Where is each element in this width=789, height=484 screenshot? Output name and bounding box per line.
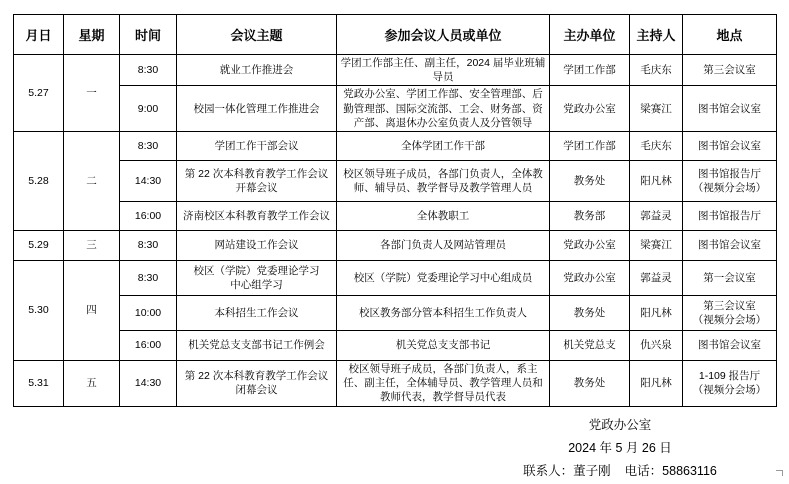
date-cell: 5.28 <box>14 131 64 230</box>
host-cell: 党政办公室 <box>550 230 630 260</box>
moderator-cell: 阳凡林 <box>630 360 683 406</box>
host-cell: 机关党总支 <box>550 330 630 360</box>
moderator-cell: 毛庆东 <box>630 131 683 160</box>
column-header-3: 会议主题 <box>177 15 337 55</box>
participants-cell: 全体学团工作干部 <box>337 131 550 160</box>
host-cell: 学团工作部 <box>550 55 630 86</box>
participants-cell: 学团工作部主任、副主任，2024 届毕业班辅导员 <box>337 55 550 86</box>
table-row: 5.29三8:30网站建设工作会议各部门负责人及网站管理员党政办公室梁赛江图书馆… <box>14 230 777 260</box>
time-cell: 14:30 <box>120 160 177 201</box>
subject-cell: 第 22 次本科教育教学工作会议 开幕会议 <box>177 160 337 201</box>
participants-cell: 校区领导班子成员，各部门负责人，全体教师、辅导员、教学督导及教学管理人员 <box>337 160 550 201</box>
participants-cell: 机关党总支支部书记 <box>337 330 550 360</box>
footer-date: 2024 年 5 月 26 日 <box>450 437 789 460</box>
location-cell: 图书馆报告厅 <box>683 201 777 230</box>
time-cell: 14:30 <box>120 360 177 406</box>
time-cell: 16:00 <box>120 330 177 360</box>
date-cell: 5.29 <box>14 230 64 260</box>
moderator-cell: 郭益灵 <box>630 201 683 230</box>
table-row: 5.27一8:30就业工作推进会学团工作部主任、副主任，2024 届毕业班辅导员… <box>14 55 777 86</box>
column-header-1: 星期 <box>64 15 120 55</box>
paragraph-mark-artifact <box>776 470 783 476</box>
meeting-schedule-table: 月日星期时间会议主题参加会议人员或单位主办单位主持人地点 5.27一8:30就业… <box>13 14 777 407</box>
table-body: 5.27一8:30就业工作推进会学团工作部主任、副主任，2024 届毕业班辅导员… <box>14 55 777 407</box>
footer-signature-block: 党政办公室 2024 年 5 月 26 日 联系人：董子刚电话：58863116 <box>450 414 789 483</box>
weekday-cell: 一 <box>64 55 120 132</box>
location-cell: 图书馆会议室 <box>683 131 777 160</box>
weekday-cell: 五 <box>64 360 120 406</box>
time-cell: 8:30 <box>120 260 177 295</box>
location-cell: 图书馆会议室 <box>683 330 777 360</box>
location-cell: 第一会议室 <box>683 260 777 295</box>
moderator-cell: 郭益灵 <box>630 260 683 295</box>
subject-cell: 济南校区本科教育教学工作会议 <box>177 201 337 230</box>
weekday-cell: 三 <box>64 230 120 260</box>
moderator-cell: 梁赛江 <box>630 230 683 260</box>
table-row: 5.28二8:30学团工作干部会议全体学团工作干部学团工作部毛庆东图书馆会议室 <box>14 131 777 160</box>
moderator-cell: 阳凡林 <box>630 160 683 201</box>
time-cell: 16:00 <box>120 201 177 230</box>
table-row: 14:30第 22 次本科教育教学工作会议 开幕会议校区领导班子成员，各部门负责… <box>14 160 777 201</box>
host-cell: 教务处 <box>550 295 630 330</box>
time-cell: 8:30 <box>120 55 177 86</box>
moderator-cell: 仇兴泉 <box>630 330 683 360</box>
participants-cell: 各部门负责人及网站管理员 <box>337 230 550 260</box>
table-row: 9:00校园一体化管理工作推进会党政办公室、学团工作部、安全管理部、后勤管理部、… <box>14 86 777 132</box>
contact-label: 联系人： <box>523 464 573 478</box>
table-header: 月日星期时间会议主题参加会议人员或单位主办单位主持人地点 <box>14 15 777 55</box>
date-cell: 5.27 <box>14 55 64 132</box>
column-header-0: 月日 <box>14 15 64 55</box>
host-cell: 教务部 <box>550 201 630 230</box>
column-header-4: 参加会议人员或单位 <box>337 15 550 55</box>
contact-name: 董子刚 <box>573 464 611 478</box>
weekday-cell: 二 <box>64 131 120 230</box>
time-cell: 8:30 <box>120 230 177 260</box>
time-cell: 8:30 <box>120 131 177 160</box>
time-cell: 9:00 <box>120 86 177 132</box>
time-cell: 10:00 <box>120 295 177 330</box>
date-cell: 5.31 <box>14 360 64 406</box>
phone-label: 电话： <box>625 464 663 478</box>
host-cell: 学团工作部 <box>550 131 630 160</box>
participants-cell: 校区领导班子成员，各部门负责人，系主任、副主任，全体辅导员、教学管理人员和教师代… <box>337 360 550 406</box>
host-cell: 党政办公室 <box>550 260 630 295</box>
subject-cell: 就业工作推进会 <box>177 55 337 86</box>
host-cell: 党政办公室 <box>550 86 630 132</box>
column-header-5: 主办单位 <box>550 15 630 55</box>
location-cell: 图书馆会议室 <box>683 230 777 260</box>
column-header-2: 时间 <box>120 15 177 55</box>
moderator-cell: 阳凡林 <box>630 295 683 330</box>
participants-cell: 校区（学院）党委理论学习中心组成员 <box>337 260 550 295</box>
moderator-cell: 毛庆东 <box>630 55 683 86</box>
weekday-cell: 四 <box>64 260 120 360</box>
phone-number: 58863116 <box>662 464 717 478</box>
host-cell: 教务处 <box>550 360 630 406</box>
subject-cell: 本科招生工作会议 <box>177 295 337 330</box>
subject-cell: 校园一体化管理工作推进会 <box>177 86 337 132</box>
table-row: 16:00机关党总支支部书记工作例会机关党总支支部书记机关党总支仇兴泉图书馆会议… <box>14 330 777 360</box>
location-cell: 第三会议室 （视频分会场） <box>683 295 777 330</box>
location-cell: 图书馆报告厅 （视频分会场） <box>683 160 777 201</box>
location-cell: 图书馆会议室 <box>683 86 777 132</box>
table-row: 10:00本科招生工作会议校区教务部分管本科招生工作负责人教务处阳凡林第三会议室… <box>14 295 777 330</box>
subject-cell: 校区（学院）党委理论学习 中心组学习 <box>177 260 337 295</box>
header-row: 月日星期时间会议主题参加会议人员或单位主办单位主持人地点 <box>14 15 777 55</box>
host-cell: 教务处 <box>550 160 630 201</box>
table-row: 5.31五14:30第 22 次本科教育教学工作会议 闭幕会议校区领导班子成员，… <box>14 360 777 406</box>
schedule-page: 月日星期时间会议主题参加会议人员或单位主办单位主持人地点 5.27一8:30就业… <box>0 0 789 484</box>
subject-cell: 机关党总支支部书记工作例会 <box>177 330 337 360</box>
table-row: 5.30四8:30校区（学院）党委理论学习 中心组学习校区（学院）党委理论学习中… <box>14 260 777 295</box>
subject-cell: 第 22 次本科教育教学工作会议 闭幕会议 <box>177 360 337 406</box>
participants-cell: 全体教职工 <box>337 201 550 230</box>
date-cell: 5.30 <box>14 260 64 360</box>
location-cell: 1-109 报告厅 （视频分会场） <box>683 360 777 406</box>
column-header-6: 主持人 <box>630 15 683 55</box>
subject-cell: 网站建设工作会议 <box>177 230 337 260</box>
subject-cell: 学团工作干部会议 <box>177 131 337 160</box>
participants-cell: 党政办公室、学团工作部、安全管理部、后勤管理部、国际交流部、工会、财务部、资产部… <box>337 86 550 132</box>
location-cell: 第三会议室 <box>683 55 777 86</box>
footer-contact-line: 联系人：董子刚电话：58863116 <box>450 460 789 483</box>
moderator-cell: 梁赛江 <box>630 86 683 132</box>
table-row: 16:00济南校区本科教育教学工作会议全体教职工教务部郭益灵图书馆报告厅 <box>14 201 777 230</box>
column-header-7: 地点 <box>683 15 777 55</box>
participants-cell: 校区教务部分管本科招生工作负责人 <box>337 295 550 330</box>
footer-org: 党政办公室 <box>450 414 789 437</box>
